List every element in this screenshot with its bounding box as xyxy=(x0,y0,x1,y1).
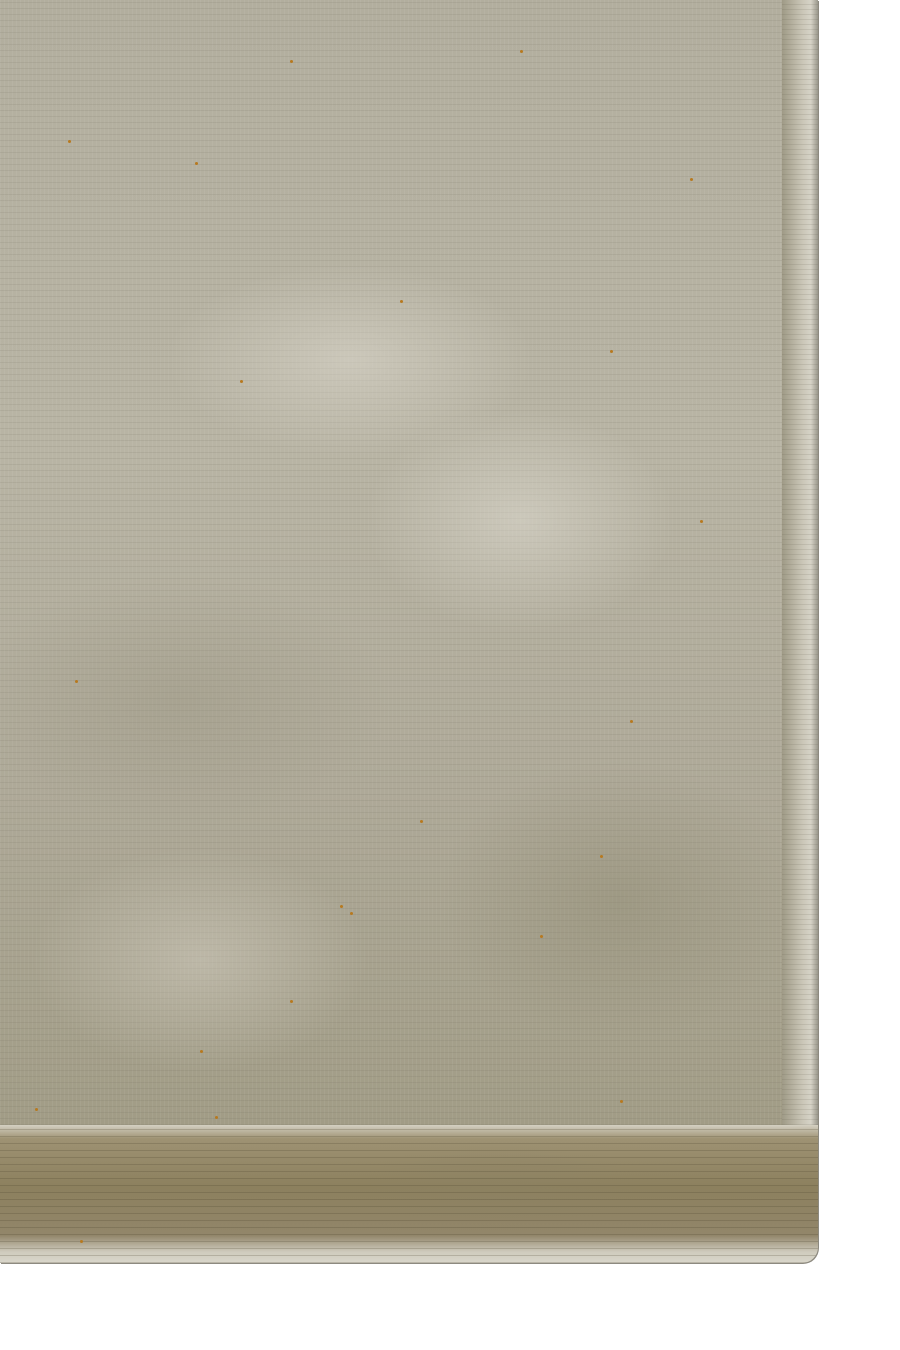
rug-speck xyxy=(610,350,613,353)
rug-speck xyxy=(350,912,353,915)
rug-speck xyxy=(700,520,703,523)
rug-photo xyxy=(0,0,818,1263)
rug-field xyxy=(0,0,782,1125)
rug-speck xyxy=(540,935,543,938)
rug-speck xyxy=(80,1240,83,1243)
rug-speck xyxy=(290,60,293,63)
rug-speck xyxy=(420,820,423,823)
rug-speck xyxy=(35,1108,38,1111)
rug-speck xyxy=(240,380,243,383)
rug-speck xyxy=(340,905,343,908)
rug-speck xyxy=(400,300,403,303)
rug-speck xyxy=(290,1000,293,1003)
rug-speck xyxy=(620,1100,623,1103)
rug-speck xyxy=(215,1116,218,1119)
rug-speck xyxy=(75,680,78,683)
rug-speck xyxy=(520,50,523,53)
rug-bottom-border-band xyxy=(0,1125,818,1263)
rug-speck xyxy=(690,178,693,181)
rug-speck xyxy=(630,720,633,723)
rug-speck xyxy=(600,855,603,858)
rug-speck xyxy=(200,1050,203,1053)
rug-speck xyxy=(195,162,198,165)
rug-speck xyxy=(68,140,71,143)
rug-side-binding xyxy=(782,0,818,1125)
